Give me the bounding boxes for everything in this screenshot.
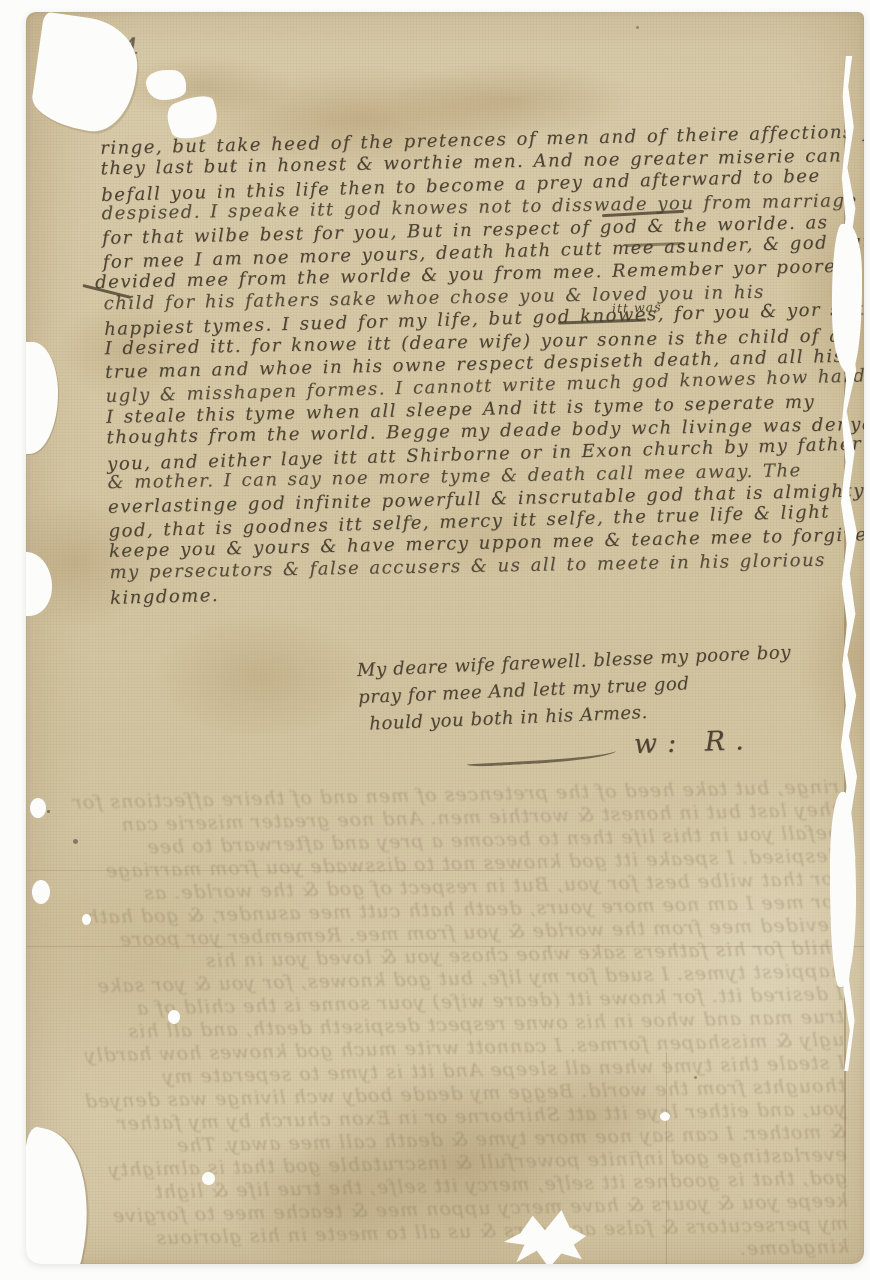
paper-hole bbox=[82, 914, 91, 925]
interlinear-insertion: itt was bbox=[612, 299, 662, 316]
torn-edge-patch bbox=[32, 880, 50, 904]
torn-edge-patch bbox=[30, 798, 46, 818]
torn-edge-patch bbox=[832, 224, 862, 374]
paper-hole bbox=[660, 1112, 670, 1121]
manuscript-page: ringe, but take heed of the pretences of… bbox=[26, 12, 864, 1264]
paper-hole bbox=[168, 1010, 180, 1024]
torn-edge-patch bbox=[830, 792, 856, 987]
paper-hole bbox=[202, 1172, 215, 1185]
ink-specks bbox=[26, 12, 29, 15]
paper-hole bbox=[838, 928, 854, 948]
letter-body: ringe, but take heed of the pretences of… bbox=[100, 121, 864, 608]
bleed-through-text: ringe, but take heed of the pretences of… bbox=[39, 776, 849, 1264]
scanner-background: ringe, but take heed of the pretences of… bbox=[0, 0, 870, 1280]
signature-initials: w: R. bbox=[633, 725, 754, 760]
torn-patch bbox=[146, 70, 186, 100]
